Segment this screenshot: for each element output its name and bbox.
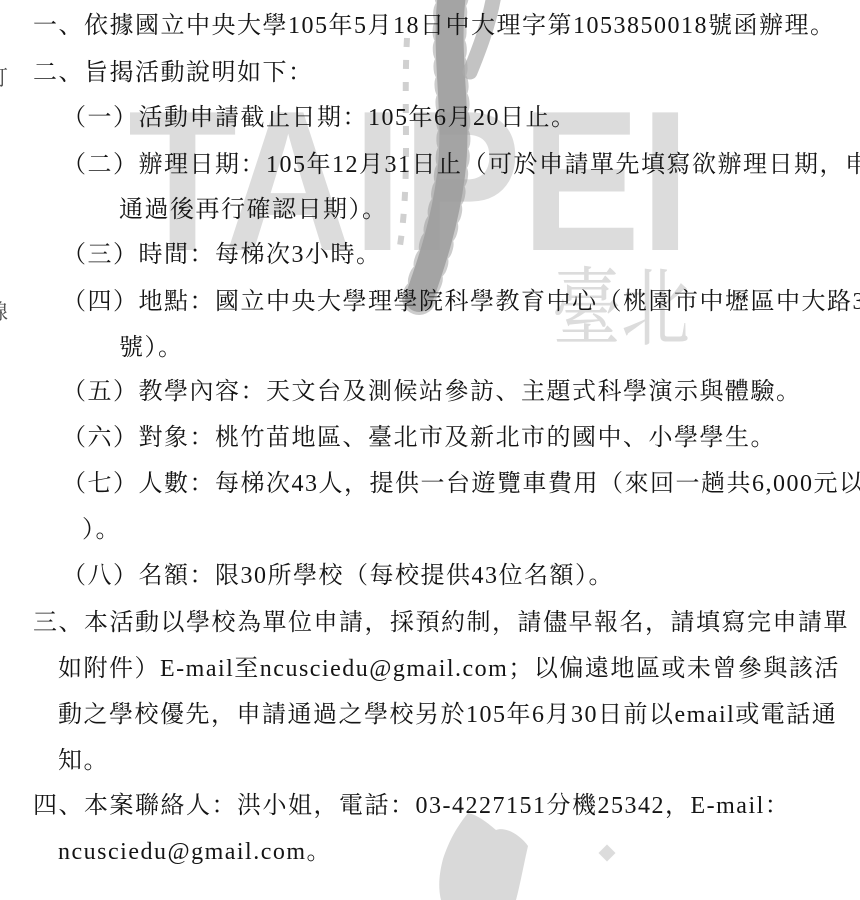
document-line: 三、本活動以學校為單位申請，採預約制，請儘早報名，請填寫完申請單（: [33, 609, 860, 637]
document-line: （八）名額：限30所學校（每校提供43位名額）。: [62, 562, 614, 590]
document-line: 二、旨揭活動說明如下：: [33, 59, 314, 87]
document-line: （一）活動申請截止日期：105年6月20日止。: [62, 104, 577, 132]
document-line: 通過後再行確認日期）。: [119, 196, 388, 224]
document-line: （四）地點：國立中央大學理學院科學教育中心（桃園市中壢區中大路300: [62, 288, 860, 316]
document-line: （三）時間：每梯次3小時。: [62, 241, 382, 269]
document-line: 知。: [58, 747, 109, 775]
document-line: 四、本案聯絡人：洪小姐，電話：03-4227151分機25342，E-mail：: [33, 792, 790, 820]
document-line: （五）教學內容：天文台及測候站參訪、主題式科學演示與體驗。: [62, 378, 802, 406]
document-page: TAIPEI 臺北 訂 線 一、依據國立中央大學105年5月18日中大理字第10…: [0, 0, 860, 900]
document-line: （七）人數：每梯次43人，提供一台遊覽車費用（來回一趟共6,000元以內: [62, 470, 860, 498]
document-line: 號）。: [119, 334, 184, 362]
document-line: 動之學校優先，申請通過之學校另於105年6月30日前以email或電話通: [58, 701, 837, 729]
document-line: ）。: [82, 516, 121, 544]
document-line: （六）對象：桃竹苗地區、臺北市及新北市的國中、小學學生。: [62, 424, 776, 452]
document-body: 一、依據國立中央大學105年5月18日中大理字第1053850018號函辦理。 …: [0, 0, 860, 900]
document-line: 一、依據國立中央大學105年5月18日中大理字第1053850018號函辦理。: [33, 12, 836, 40]
document-line: （二）辦理日期：105年12月31日止（可於申請單先填寫欲辦理日期，申請: [62, 151, 860, 179]
document-line: ncusciedu@gmail.com。: [58, 838, 332, 866]
document-line: 如附件）E-mail至ncusciedu@gmail.com；以偏遠地區或未曾參…: [58, 655, 840, 683]
